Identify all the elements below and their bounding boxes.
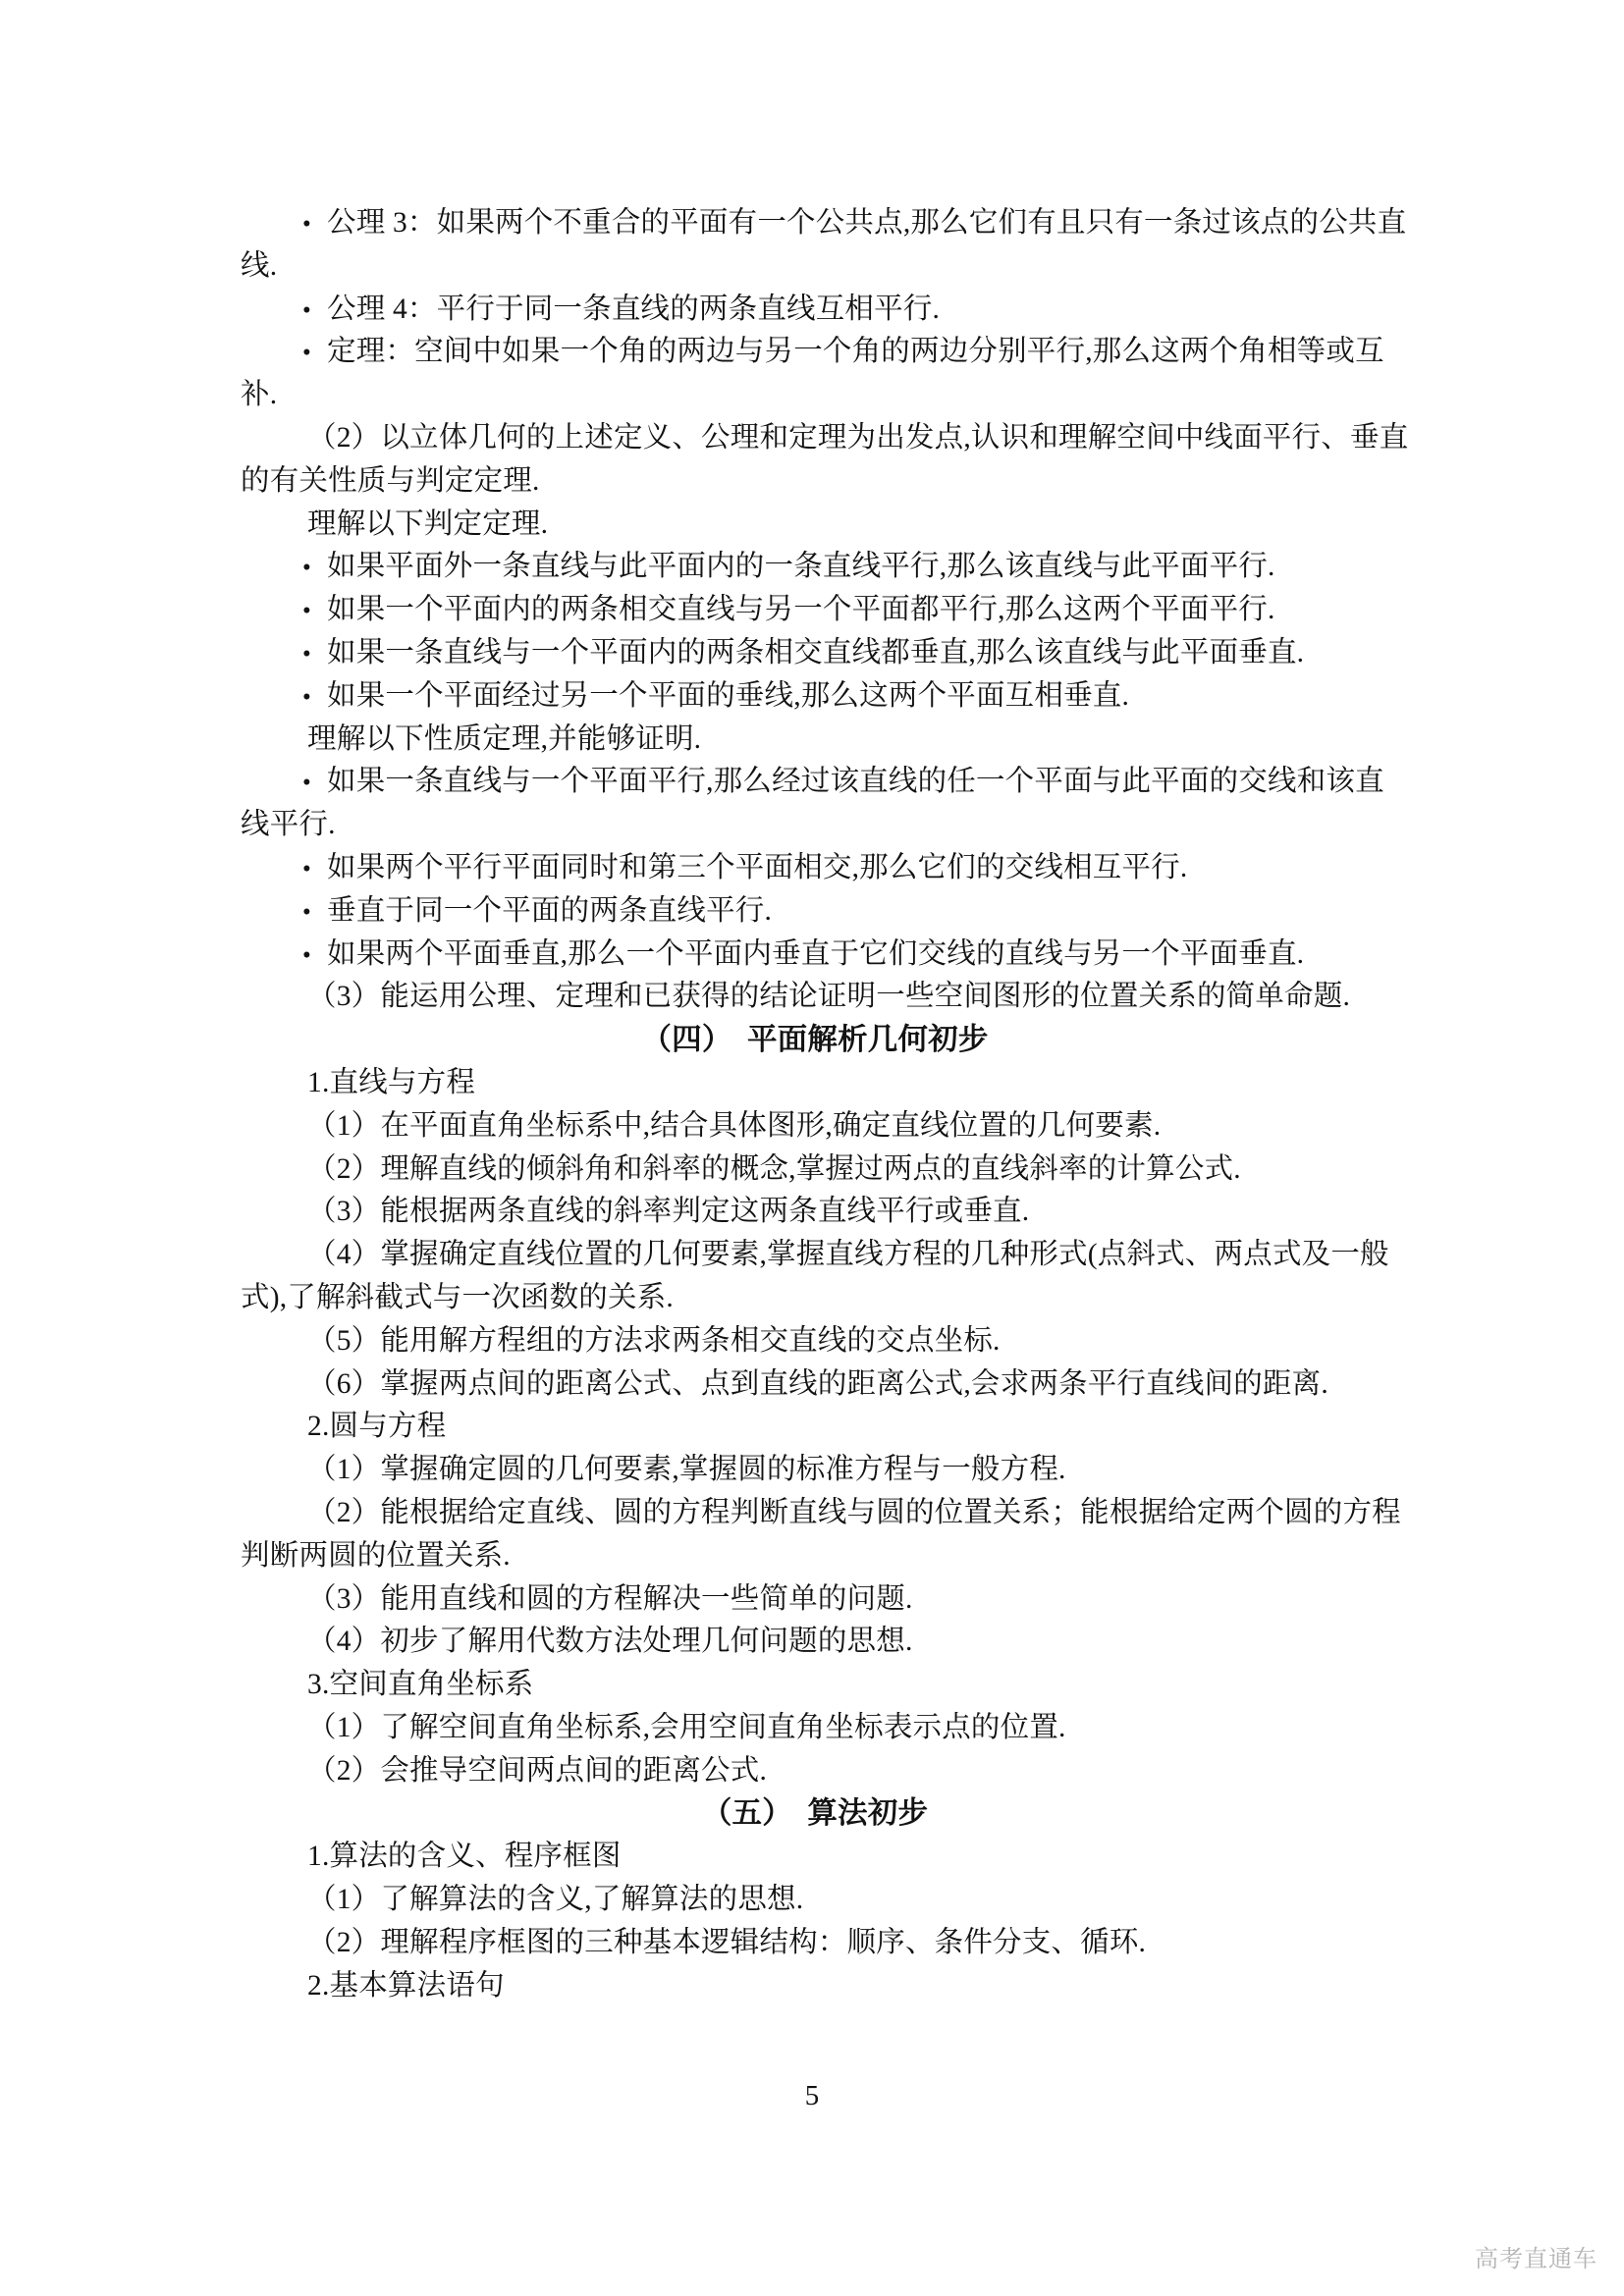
bullet-item: •垂直于同一个平面的两条直线平行. bbox=[241, 890, 1389, 934]
text-line: （4）初步了解用代数方法处理几何问题的思想. bbox=[241, 1621, 1389, 1664]
text-line: 1.直线与方程 bbox=[241, 1062, 1389, 1105]
bullet-item-text: 垂直于同一个平面的两条直线平行. bbox=[327, 895, 772, 927]
bullet-item-text: 定理：空间中如果一个角的两边与另一个角的两边分别平行,那么这两个角相等或互 bbox=[327, 336, 1384, 367]
bullet-item-text: 公理 4：平行于同一条直线的两条直线互相平行. bbox=[327, 294, 940, 325]
text-line: （2）能根据给定直线、圆的方程判断直线与圆的位置关系；能根据给定两个圆的方程 bbox=[241, 1492, 1389, 1535]
bullet-item: •如果两个平行平面同时和第三个平面相交,那么它们的交线相互平行. bbox=[241, 847, 1389, 890]
bullet-item-text: 如果平面外一条直线与此平面内的一条直线平行,那么该直线与此平面平行. bbox=[327, 551, 1275, 582]
page-number: 5 bbox=[0, 2080, 1624, 2112]
bullet-icon: • bbox=[302, 633, 327, 676]
text-line: 补. bbox=[241, 374, 1389, 417]
bullet-item-text: 如果两个平面垂直,那么一个平面内垂直于它们交线的直线与另一个平面垂直. bbox=[327, 938, 1304, 970]
watermark: 高考直通车 bbox=[1475, 2239, 1597, 2273]
bullet-item-text: 公理 3：如果两个不重合的平面有一个公共点,那么它们有且只有一条过该点的公共直 bbox=[327, 207, 1406, 239]
bullet-item-text: 如果一条直线与一个平面平行,那么经过该直线的任一个平面与此平面的交线和该直 bbox=[327, 766, 1384, 797]
text-line: （2）以立体几何的上述定义、公理和定理为出发点,认识和理解空间中线面平行、垂直 bbox=[241, 417, 1389, 460]
text-line: 线. bbox=[241, 245, 1389, 289]
bullet-item: •如果一个平面内的两条相交直线与另一个平面都平行,那么这两个平面平行. bbox=[241, 589, 1389, 632]
text-line: 式),了解斜截式与一次函数的关系. bbox=[241, 1277, 1389, 1320]
bullet-item-text: 如果一个平面经过另一个平面的垂线,那么这两个平面互相垂直. bbox=[327, 680, 1129, 712]
section-heading: （四） 平面解析几何初步 bbox=[241, 1019, 1389, 1062]
bullet-item: •公理 3：如果两个不重合的平面有一个公共点,那么它们有且只有一条过该点的公共直 bbox=[241, 202, 1389, 245]
text-line: （5）能用解方程组的方法求两条相交直线的交点坐标. bbox=[241, 1320, 1389, 1363]
text-line: 理解以下性质定理,并能够证明. bbox=[241, 719, 1389, 762]
bullet-item: •定理：空间中如果一个角的两边与另一个角的两边分别平行,那么这两个角相等或互 bbox=[241, 331, 1389, 374]
bullet-item: •如果平面外一条直线与此平面内的一条直线平行,那么该直线与此平面平行. bbox=[241, 546, 1389, 589]
section-heading: （五） 算法初步 bbox=[241, 1792, 1389, 1836]
document-body: •公理 3：如果两个不重合的平面有一个公共点,那么它们有且只有一条过该点的公共直… bbox=[241, 202, 1389, 2007]
text-line: （3）能根据两条直线的斜率判定这两条直线平行或垂直. bbox=[241, 1191, 1389, 1234]
bullet-icon: • bbox=[302, 676, 327, 720]
text-line: 理解以下判定定理. bbox=[241, 504, 1389, 547]
text-line: （2）会推导空间两点间的距离公式. bbox=[241, 1750, 1389, 1793]
text-line: 3.空间直角坐标系 bbox=[241, 1664, 1389, 1707]
text-line: （6）掌握两点间的距离公式、点到直线的距离公式,会求两条平行直线间的距离. bbox=[241, 1363, 1389, 1407]
bullet-icon: • bbox=[302, 891, 327, 934]
text-line: （2）理解程序框图的三种基本逻辑结构：顺序、条件分支、循环. bbox=[241, 1922, 1389, 1965]
bullet-icon: • bbox=[302, 547, 327, 590]
bullet-icon: • bbox=[302, 848, 327, 891]
text-line: （2）理解直线的倾斜角和斜率的概念,掌握过两点的直线斜率的计算公式. bbox=[241, 1148, 1389, 1192]
bullet-icon: • bbox=[302, 290, 327, 333]
text-line: 的有关性质与判定定理. bbox=[241, 460, 1389, 504]
text-line: （3）能运用公理、定理和已获得的结论证明一些空间图形的位置关系的简单命题. bbox=[241, 976, 1389, 1019]
bullet-icon: • bbox=[302, 934, 327, 978]
text-line: （1）了解空间直角坐标系,会用空间直角坐标表示点的位置. bbox=[241, 1707, 1389, 1750]
bullet-icon: • bbox=[302, 203, 327, 246]
bullet-item-text: 如果一个平面内的两条相交直线与另一个平面都平行,那么这两个平面平行. bbox=[327, 594, 1275, 625]
text-line: （4）掌握确定直线位置的几何要素,掌握直线方程的几种形式(点斜式、两点式及一般 bbox=[241, 1234, 1389, 1277]
bullet-icon: • bbox=[302, 762, 327, 805]
text-line: 2.基本算法语句 bbox=[241, 1965, 1389, 2008]
text-line: （3）能用直线和圆的方程解决一些简单的问题. bbox=[241, 1578, 1389, 1622]
bullet-item-text: 如果两个平行平面同时和第三个平面相交,那么它们的交线相互平行. bbox=[327, 852, 1187, 883]
bullet-icon: • bbox=[302, 590, 327, 633]
text-line: 线平行. bbox=[241, 804, 1389, 847]
bullet-item: •如果一条直线与一个平面内的两条相交直线都垂直,那么该直线与此平面垂直. bbox=[241, 632, 1389, 675]
bullet-item: •公理 4：平行于同一条直线的两条直线互相平行. bbox=[241, 289, 1389, 332]
text-line: 2.圆与方程 bbox=[241, 1406, 1389, 1449]
bullet-item: •如果两个平面垂直,那么一个平面内垂直于它们交线的直线与另一个平面垂直. bbox=[241, 934, 1389, 977]
text-line: （1）了解算法的含义,了解算法的思想. bbox=[241, 1879, 1389, 1922]
bullet-item: •如果一条直线与一个平面平行,那么经过该直线的任一个平面与此平面的交线和该直 bbox=[241, 761, 1389, 804]
document-page: •公理 3：如果两个不重合的平面有一个公共点,那么它们有且只有一条过该点的公共直… bbox=[0, 0, 1624, 2296]
text-line: 1.算法的含义、程序框图 bbox=[241, 1836, 1389, 1879]
bullet-icon: • bbox=[302, 332, 327, 375]
text-line: （1）掌握确定圆的几何要素,掌握圆的标准方程与一般方程. bbox=[241, 1449, 1389, 1492]
bullet-item-text: 如果一条直线与一个平面内的两条相交直线都垂直,那么该直线与此平面垂直. bbox=[327, 637, 1304, 668]
bullet-item: •如果一个平面经过另一个平面的垂线,那么这两个平面互相垂直. bbox=[241, 675, 1389, 719]
text-line: 判断两圆的位置关系. bbox=[241, 1535, 1389, 1578]
text-line: （1）在平面直角坐标系中,结合具体图形,确定直线位置的几何要素. bbox=[241, 1105, 1389, 1148]
